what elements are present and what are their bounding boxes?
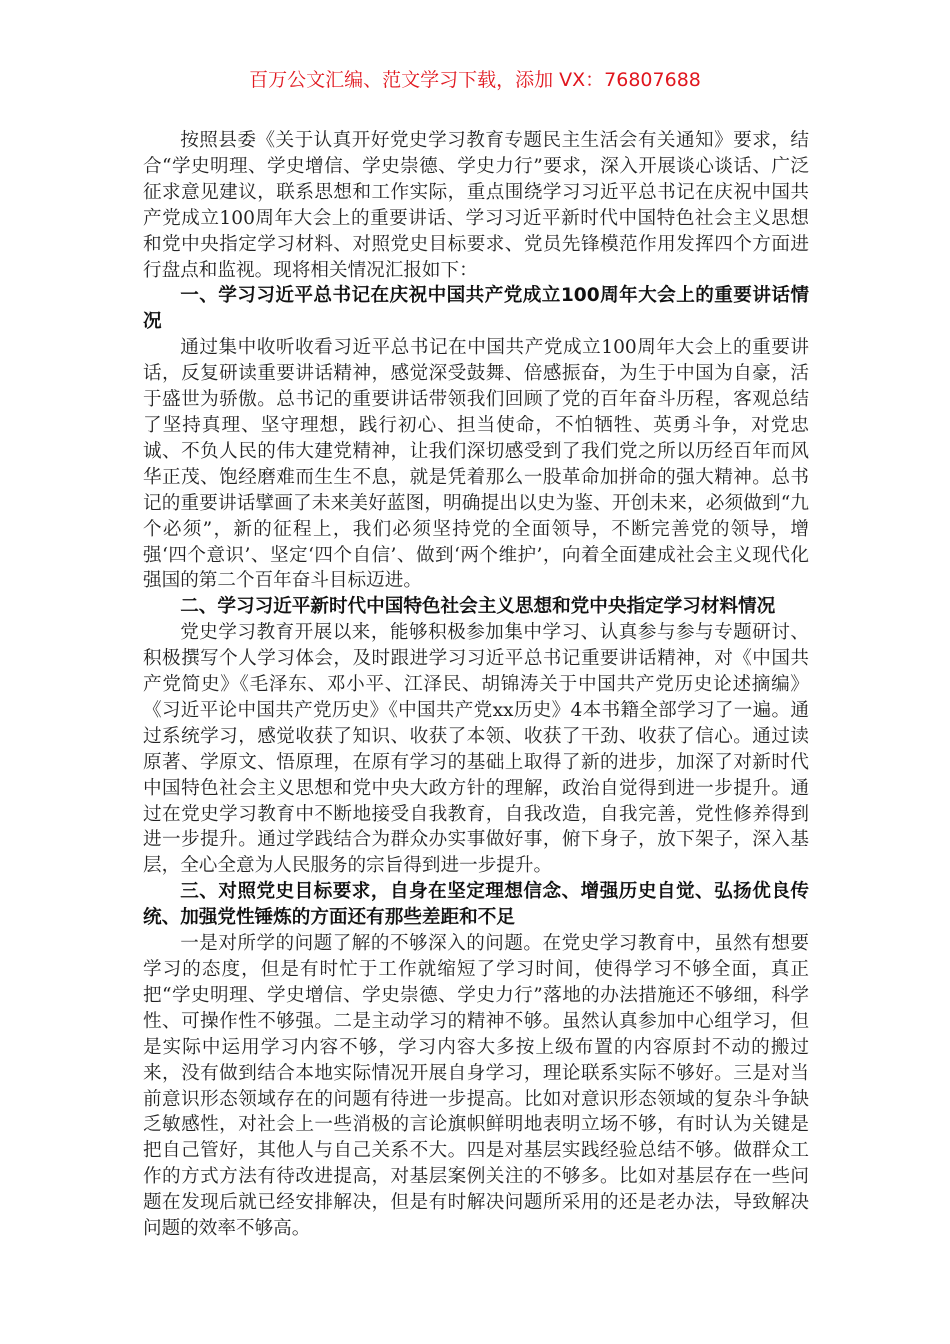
section-3-paragraph: 一是对所学的问题了解的不够深入的问题。在党史学习教育中，虽然有想要学习的态度，但… — [143, 931, 809, 1242]
section-2-paragraph: 党史学习教育开展以来，能够积极参加集中学习、认真参与参与专题研讨、积极撰写个人学… — [143, 620, 809, 879]
section-3-heading: 三、对照党史目标要求，自身在坚定理想信念、增强历史自觉、弘扬优良传统、加强党性锤… — [143, 879, 809, 931]
section-1-heading: 一、学习习近平总书记在庆祝中国共产党成立100周年大会上的重要讲话情况 — [143, 283, 809, 335]
section-2-heading: 二、学习习近平新时代中国特色社会主义思想和党中央指定学习材料情况 — [143, 594, 809, 620]
intro-paragraph: 按照县委《关于认真开好党史学习教育专题民主生活会有关通知》要求，结合“学史明理、… — [143, 128, 809, 283]
watermark-header: 百万公文汇编、范文学习下载，添加 VX：76807688 — [0, 64, 950, 96]
section-1-paragraph: 通过集中收听收看习近平总书记在中国共产党成立100周年大会上的重要讲话，反复研读… — [143, 335, 809, 594]
document-body: 按照县委《关于认真开好党史学习教育专题民主生活会有关通知》要求，结合“学史明理、… — [143, 128, 809, 1242]
